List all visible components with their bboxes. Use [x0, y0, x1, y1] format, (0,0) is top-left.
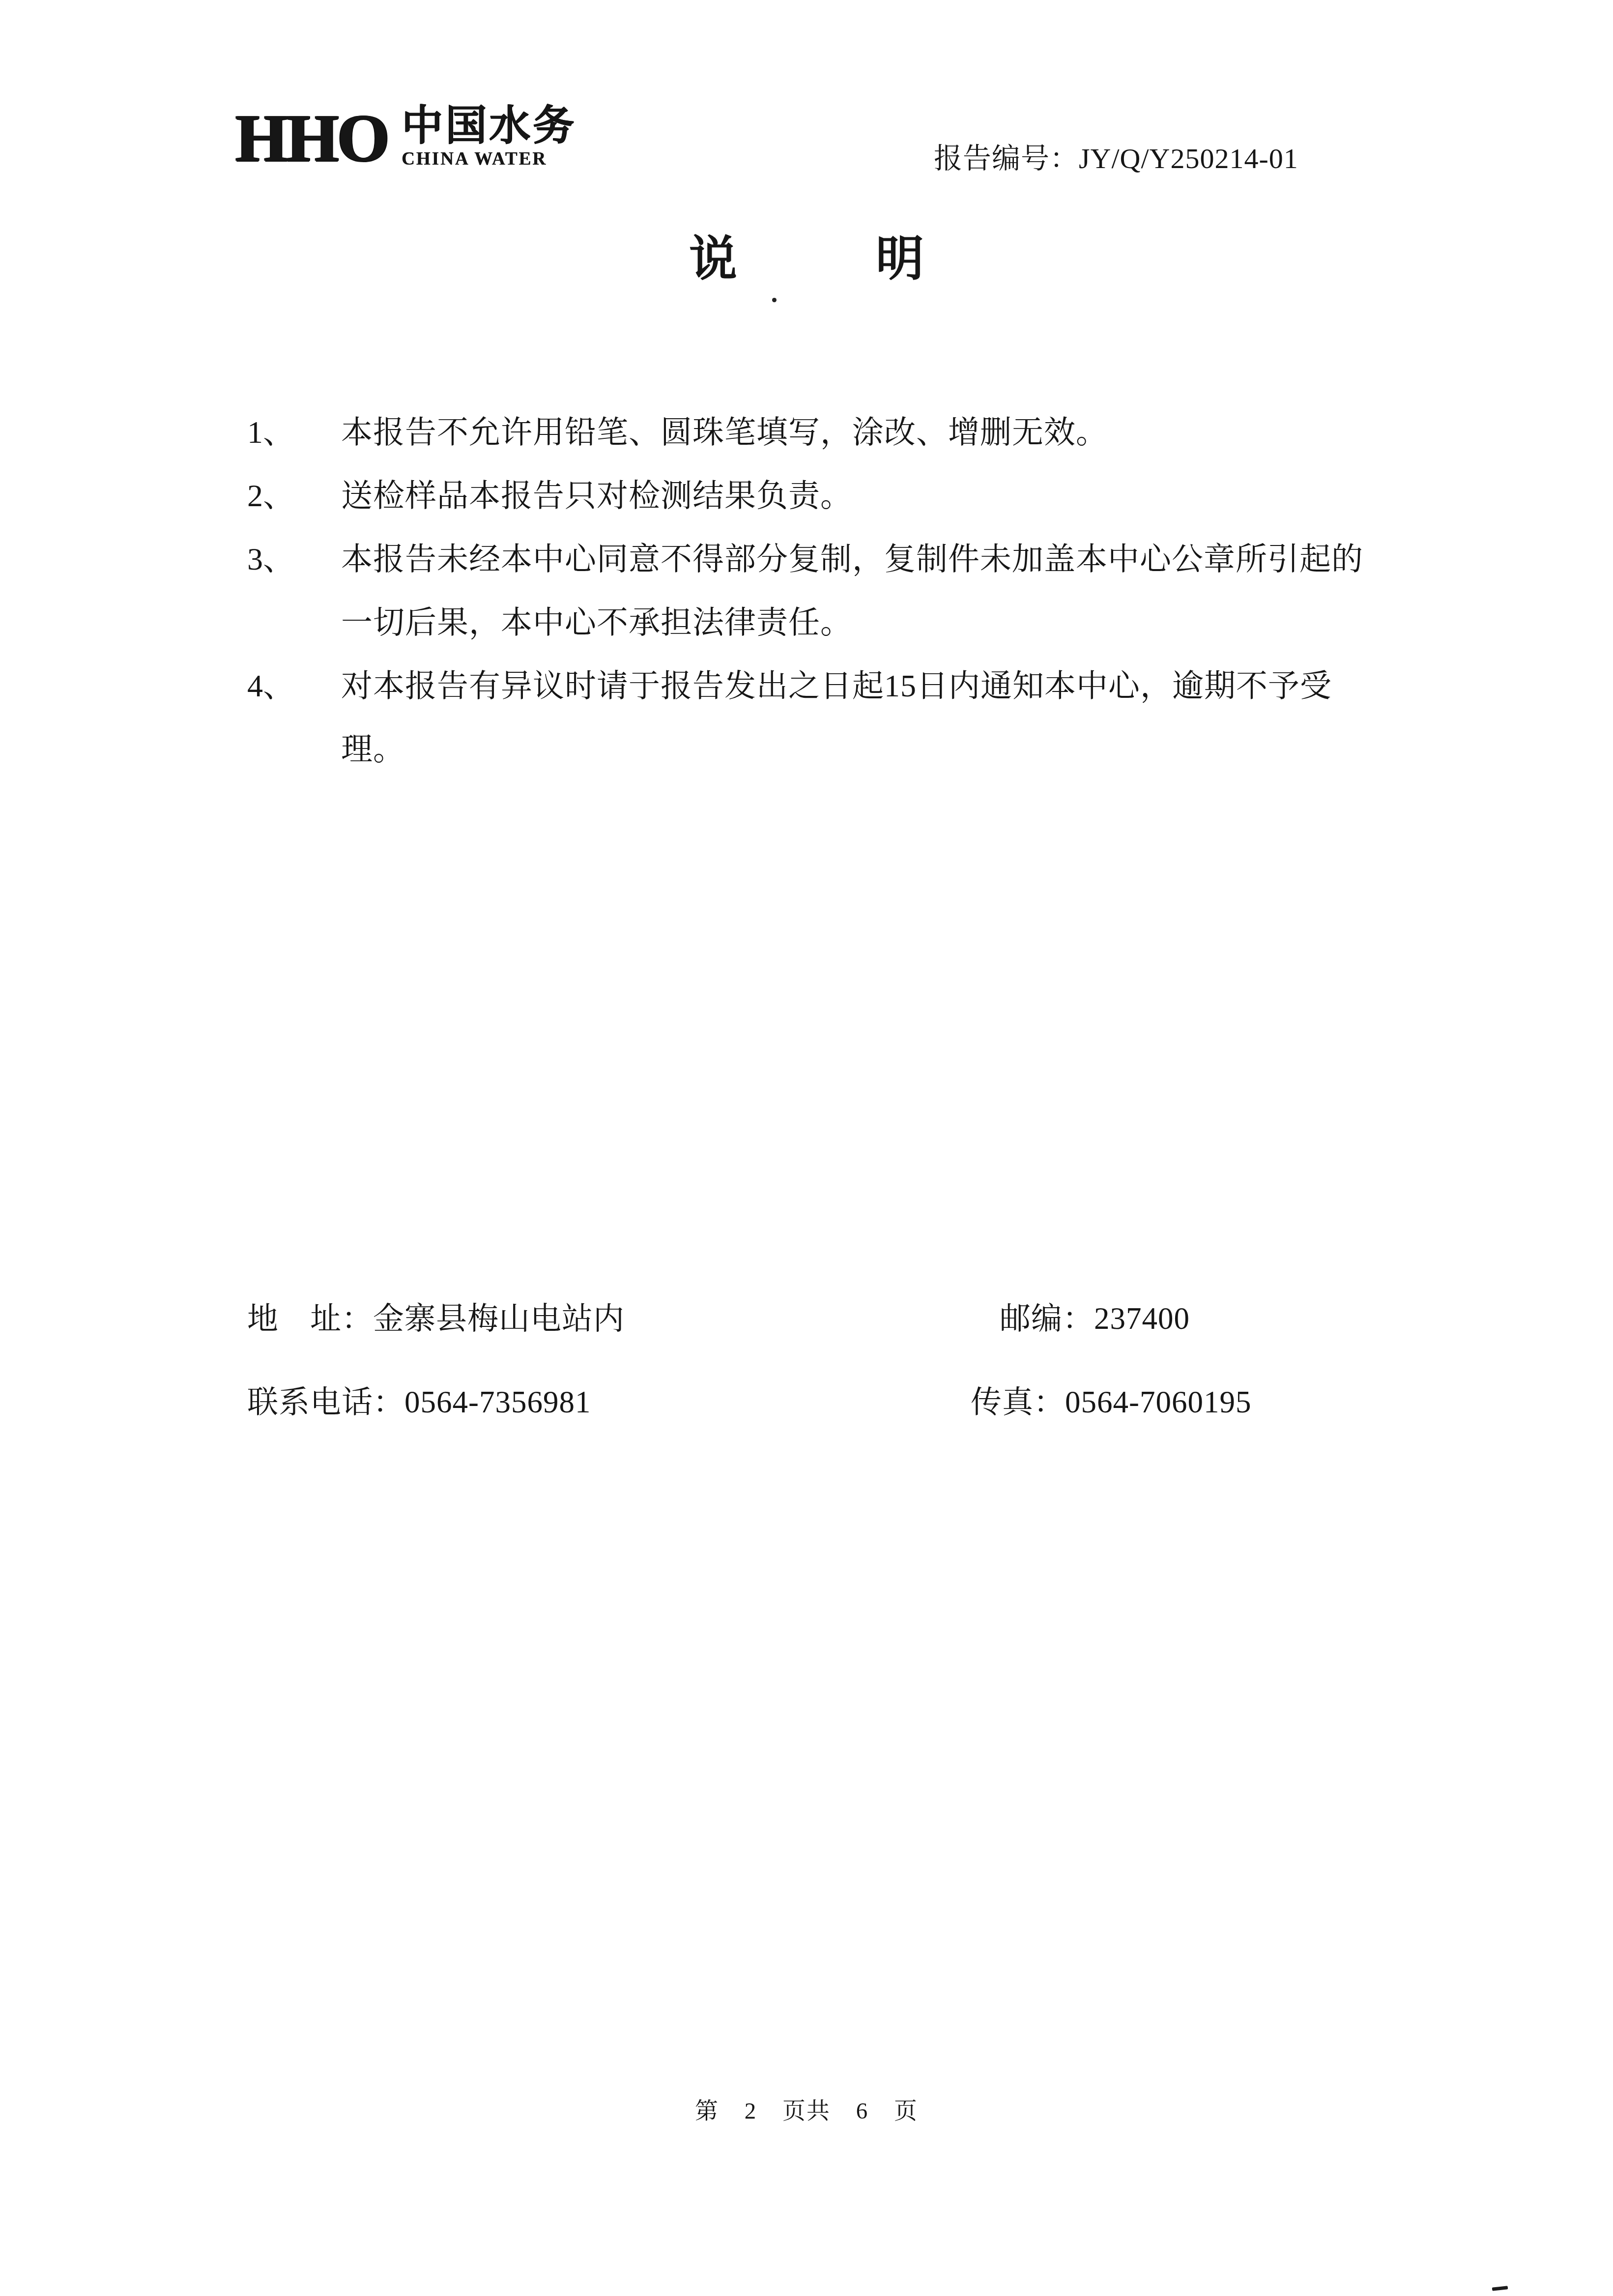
- phone-label: 联系电话：: [247, 1385, 404, 1419]
- note-line: 本报告不允许用铅笔、圆珠笔填写，涂改、增删无效。: [341, 401, 1437, 464]
- footer-suffix: 页: [894, 2097, 918, 2125]
- note-number: 1、: [247, 401, 341, 464]
- page-title-char2: 明: [876, 234, 924, 285]
- address-value: 金寨县梅山电站内: [373, 1301, 625, 1336]
- note-text: 本报告不允许用铅笔、圆珠笔填写，涂改、增删无效。: [341, 401, 1437, 464]
- postcode-label: 邮编：: [1000, 1301, 1094, 1336]
- note-text: 本报告未经本中心同意不得部分复制，复制件未加盖本中心公章所引起的 一切后果，本中…: [341, 527, 1437, 654]
- fax-label: 传真：: [971, 1385, 1065, 1419]
- note-number: 2、: [247, 464, 341, 527]
- address-label: 地 址：: [247, 1301, 373, 1336]
- scan-speck: [772, 298, 777, 302]
- report-number-value: JY/Q/Y250214-01: [1079, 143, 1298, 174]
- footer-middle: 页共: [782, 2097, 831, 2125]
- phone-line: 联系电话：0564-7356981: [247, 1385, 591, 1419]
- note-line: 本报告未经本中心同意不得部分复制，复制件未加盖本中心公章所引起的: [341, 527, 1437, 591]
- phone-value: 0564-7356981: [404, 1385, 591, 1419]
- address-line: 地 址：金寨县梅山电站内: [247, 1301, 625, 1336]
- page-footer: 第 2 页共 6 页: [0, 2097, 1613, 2125]
- note-item-1: 1、 本报告不允许用铅笔、圆珠笔填写，涂改、增删无效。: [247, 401, 1437, 464]
- fax-value: 0564-7060195: [1065, 1385, 1251, 1419]
- note-line: 一切后果，本中心不承担法律责任。: [341, 591, 1437, 654]
- logo-name-block: 中国水务 CHINA WATER: [402, 104, 576, 169]
- note-line: 送检样品本报告只对检测结果负责。: [341, 464, 1437, 527]
- note-line: 对本报告有异议时请于报告发出之日起15日内通知本中心，逾期不予受: [341, 654, 1437, 717]
- postcode-value: 237400: [1094, 1301, 1190, 1336]
- note-item-2: 2、 送检样品本报告只对检测结果负责。: [247, 464, 1437, 527]
- postcode-line: 邮编：237400: [1000, 1301, 1190, 1336]
- company-logo: HHO 中国水务 CHINA WATER: [235, 104, 576, 172]
- report-number-label: 报告编号：: [934, 143, 1079, 174]
- page-title-char1: 说: [689, 234, 737, 285]
- scan-artifact: [1492, 2286, 1508, 2291]
- note-line: 理。: [341, 717, 1437, 781]
- logo-abbr-text: HHO: [235, 104, 388, 172]
- fax-line: 传真：0564-7060195: [971, 1385, 1251, 1419]
- logo-english-name: CHINA WATER: [402, 149, 576, 169]
- note-number: 4、: [247, 654, 341, 717]
- note-text: 对本报告有异议时请于报告发出之日起15日内通知本中心，逾期不予受 理。: [341, 654, 1437, 781]
- footer-page-number: 2: [745, 2097, 757, 2125]
- report-page: HHO 中国水务 CHINA WATER 报告编号：JY/Q/Y250214-0…: [0, 0, 1613, 2296]
- page-title: 说 明: [0, 234, 1613, 285]
- note-item-4: 4、 对本报告有异议时请于报告发出之日起15日内通知本中心，逾期不予受 理。: [247, 654, 1437, 781]
- notes-list: 1、 本报告不允许用铅笔、圆珠笔填写，涂改、增删无效。 2、 送检样品本报告只对…: [247, 401, 1437, 781]
- footer-prefix: 第: [695, 2097, 719, 2125]
- report-number-line: 报告编号：JY/Q/Y250214-01: [934, 142, 1298, 176]
- footer-total-pages: 6: [856, 2097, 869, 2125]
- note-item-3: 3、 本报告未经本中心同意不得部分复制，复制件未加盖本中心公章所引起的 一切后果…: [247, 527, 1437, 654]
- note-text: 送检样品本报告只对检测结果负责。: [341, 464, 1437, 527]
- note-number: 3、: [247, 527, 341, 591]
- logo-chinese-name: 中国水务: [402, 105, 576, 147]
